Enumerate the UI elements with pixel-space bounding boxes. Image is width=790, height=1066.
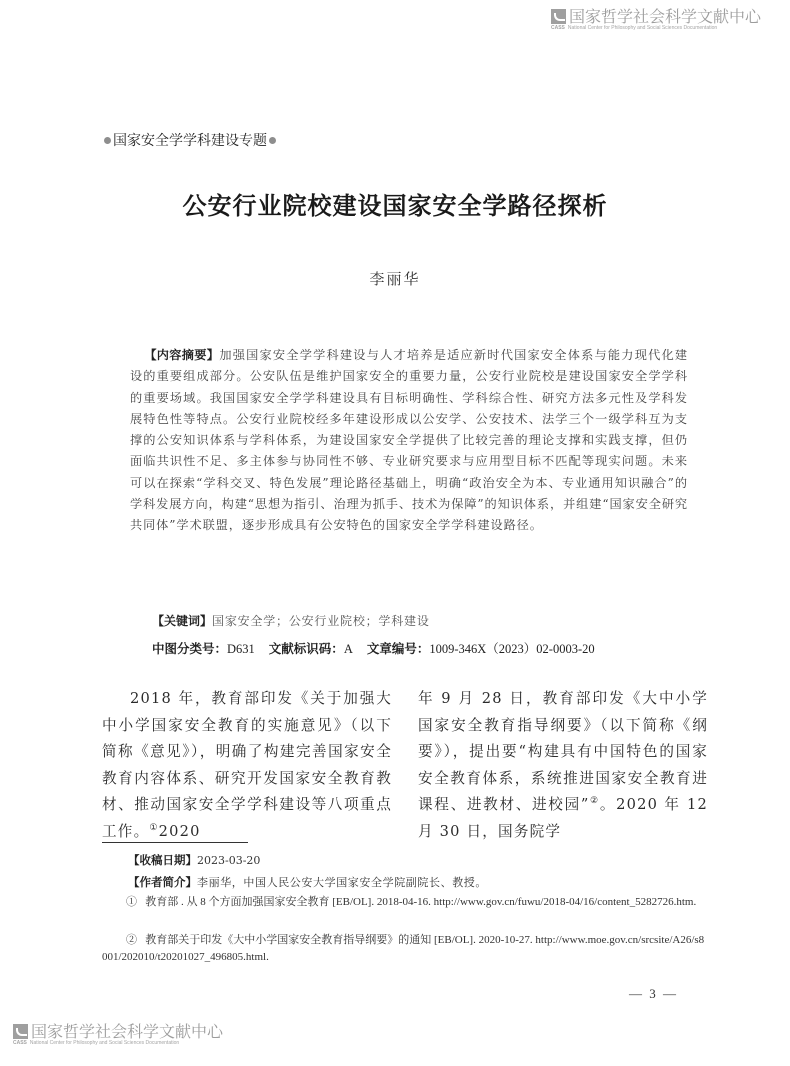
article-no-label: 文章编号： — [367, 641, 430, 656]
doc-code-label: 文献标识码： — [269, 641, 344, 656]
watermark-name-cn: 国家哲学社会科学文献中心 — [569, 9, 761, 25]
watermark-name-en: CASSNational Center for Philosophy and S… — [13, 1040, 223, 1047]
watermark-en-text: National Center for Philosophy and Socia… — [30, 1040, 179, 1046]
author-bio-text: 李丽华，中国人民公安大学国家安全学院副院长、教授。 — [197, 876, 487, 889]
abstract-text: 加强国家安全学学科建设与人才培养是适应新时代国家安全体系与能力现代化建设的重要组… — [130, 348, 688, 532]
body-right-text: 年 9 月 28 日，教育部印发《大中小学国家安全教育指导纲要》（以下简称《纲要… — [418, 690, 708, 813]
classification-info: 中图分类号：D631文献标识码：A文章编号：1009-346X（2023）02-… — [152, 639, 595, 657]
body-column-left: 2018 年，教育部印发《关于加强大中小学国家安全教育的实施意见》（以下简称《意… — [102, 686, 392, 845]
cass-logo-icon — [13, 1024, 28, 1039]
article-author: 李丽华 — [0, 268, 790, 289]
bullet-dot-icon — [104, 137, 111, 144]
footnote-1-text: 教育部 . 从 8 个方面加强国家安全教育 [EB/OL]. 2018-04-1… — [145, 896, 696, 908]
cass-logo-icon — [551, 9, 566, 24]
received-value: 2023-03-20 — [197, 854, 260, 867]
footnote-2: ② 教育部关于印发《大中小学国家安全教育指导纲要》的通知 [EB/OL]. 20… — [102, 932, 706, 965]
abstract: 【内容摘要】加强国家安全学学科建设与人才培养是适应新时代国家安全体系与能力现代化… — [130, 345, 688, 537]
body-left-tail: 2020 — [159, 823, 201, 840]
footnote-ref-2[interactable]: ② — [590, 796, 600, 806]
body-left-text: 2018 年，教育部印发《关于加强大中小学国家安全教育的实施意见》（以下简称《意… — [102, 690, 392, 840]
body-column-right: 年 9 月 28 日，教育部印发《大中小学国家安全教育指导纲要》（以下简称《纲要… — [418, 686, 708, 845]
footnote-ref-1[interactable]: ① — [149, 823, 158, 833]
column-tag: 国家安全学学科建设专题 — [102, 130, 278, 150]
footnote-divider — [102, 842, 248, 843]
watermark-abbr: CASS — [551, 25, 565, 31]
page-number: — 3 — — [629, 986, 678, 1002]
watermark-name-en: CASSNational Center for Philosophy and S… — [551, 25, 761, 32]
watermark-en-text: National Center for Philosophy and Socia… — [568, 25, 717, 31]
footnote-2-text: 教育部关于印发《大中小学国家安全教育指导纲要》的通知 [EB/OL]. 2020… — [102, 934, 704, 963]
received-date: 【收稿日期】2023-03-20 — [128, 852, 260, 868]
clc-label: 中图分类号： — [152, 641, 227, 656]
doc-code-value: A — [344, 642, 353, 656]
keywords: 【关键词】国家安全学；公安行业院校；学科建设 — [152, 612, 430, 629]
abstract-label: 【内容摘要】 — [144, 348, 219, 362]
received-label: 【收稿日期】 — [128, 853, 197, 867]
keywords-label: 【关键词】 — [152, 614, 212, 628]
watermark-abbr: CASS — [13, 1040, 27, 1046]
watermark-logo-bottom: 国家哲学社会科学文献中心 CASSNational Center for Phi… — [13, 1024, 223, 1047]
keywords-text: 国家安全学；公安行业院校；学科建设 — [212, 614, 430, 628]
author-bio: 【作者简介】李丽华，中国人民公安大学国家安全学院副院长、教授。 — [128, 874, 487, 890]
footnote-1: ① 教育部 . 从 8 个方面加强国家安全教育 [EB/OL]. 2018-04… — [102, 894, 706, 911]
watermark-name-cn: 国家哲学社会科学文献中心 — [31, 1024, 223, 1040]
column-tag-label: 国家安全学学科建设专题 — [113, 130, 267, 150]
article-title: 公安行业院校建设国家安全学路径探析 — [0, 186, 790, 221]
article-no-value: 1009-346X（2023）02-0003-20 — [429, 642, 594, 656]
footnote-1-marker: ① — [126, 896, 137, 908]
footnote-2-marker: ② — [126, 934, 137, 946]
watermark-logo-top: 国家哲学社会科学文献中心 CASSNational Center for Phi… — [551, 9, 761, 32]
author-bio-label: 【作者简介】 — [128, 875, 197, 889]
bullet-dot-icon — [269, 137, 276, 144]
clc-value: D631 — [227, 642, 255, 656]
